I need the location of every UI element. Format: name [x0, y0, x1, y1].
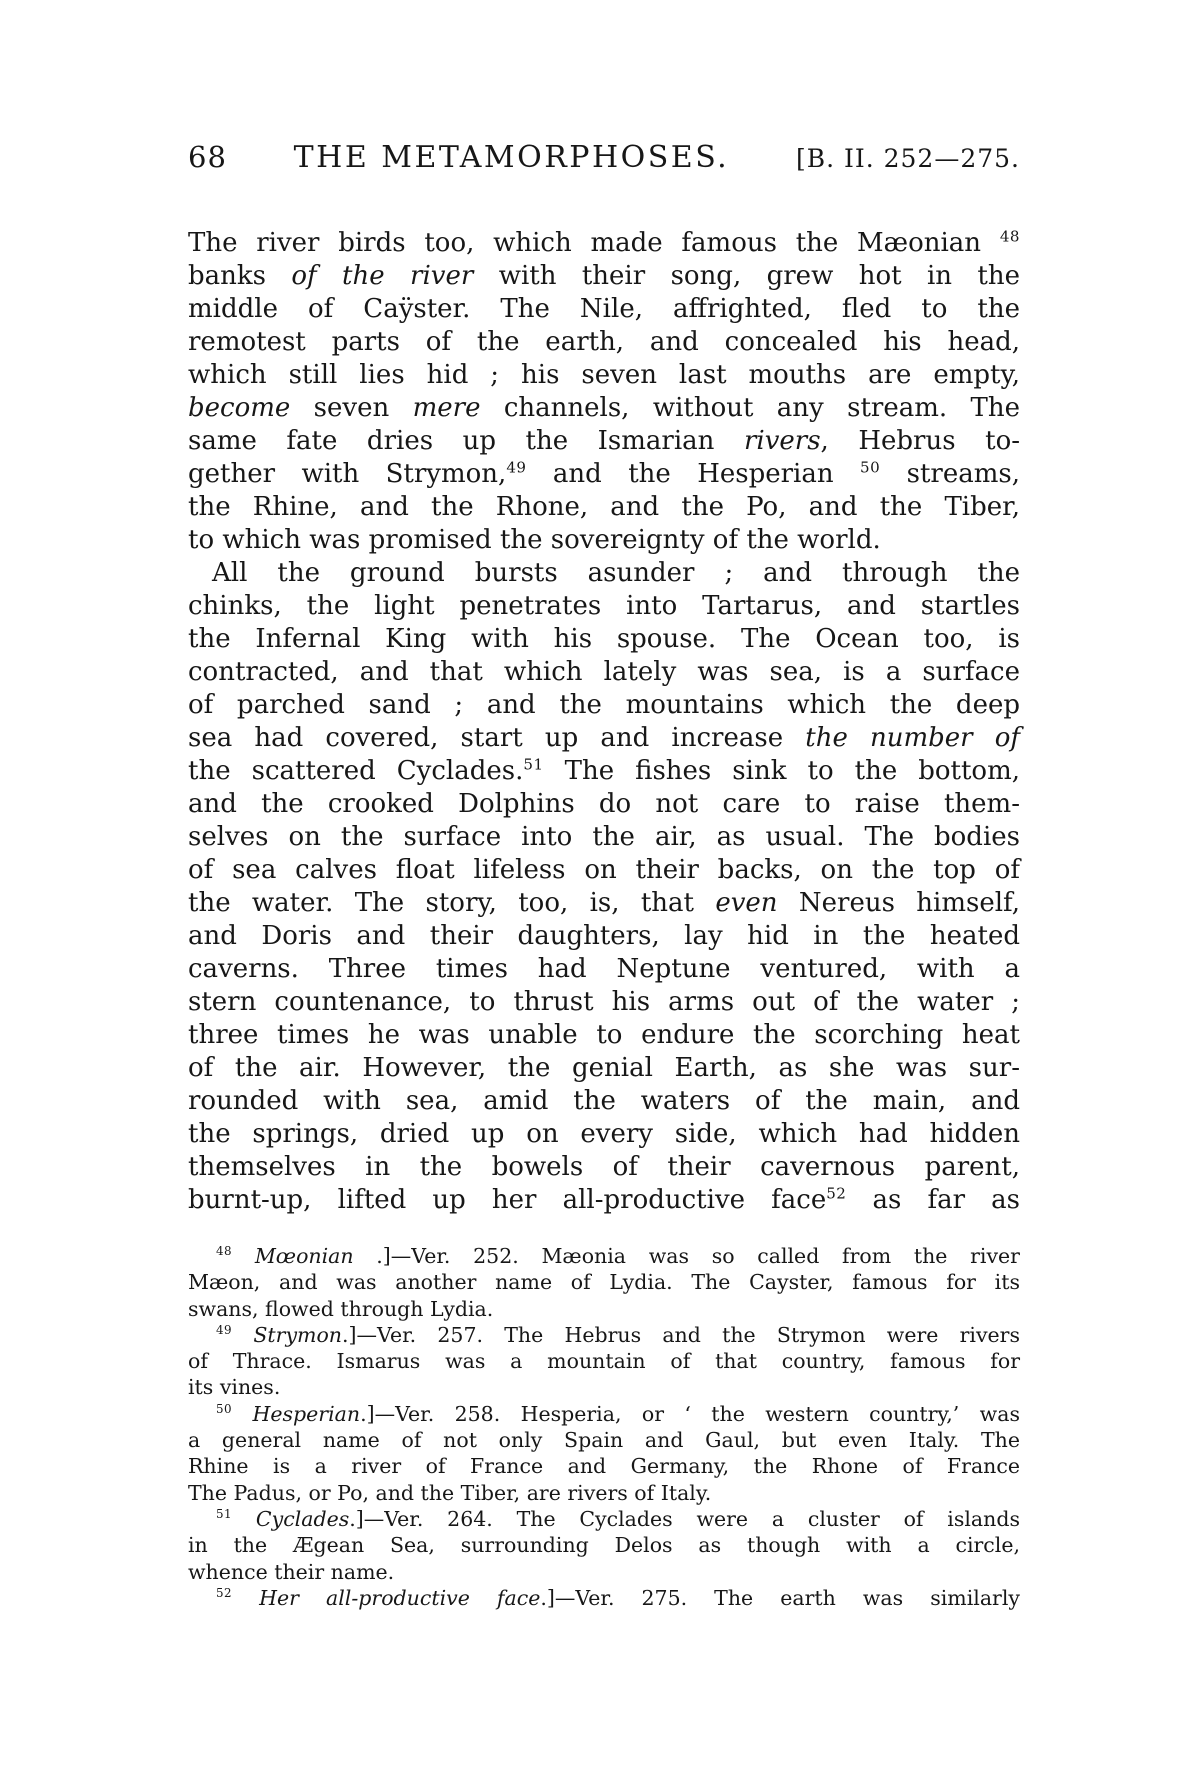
paragraph: The river birds too, which made famous t…	[188, 227, 1020, 557]
body-line: become seven mere channels, without any …	[188, 392, 1020, 425]
verse-reference: [B. II. 252—275.	[796, 144, 1020, 173]
footnote-line: swans, flowed through Lydia.	[188, 1296, 1020, 1322]
body-line: contracted, and that which lately was se…	[188, 656, 1020, 689]
body-line: and the crooked Dolphins do not care to …	[188, 788, 1020, 821]
body-line: the Infernal King with his spouse. The O…	[188, 623, 1020, 656]
footnote-marker: 50	[860, 458, 880, 476]
body-line: banks of the river with their song, grew…	[188, 260, 1020, 293]
footnote: 49 Strymon.]—Ver. 257. The Hebrus and th…	[188, 1322, 1020, 1401]
footnote-line: its vines.	[188, 1374, 1020, 1400]
body-line: chinks, the light penetrates into Tartar…	[188, 590, 1020, 623]
footnote: 52 Her all-productive face.]—Ver. 275. T…	[188, 1585, 1020, 1611]
footnote-line: Mæon, and was another name of Lydia. The…	[188, 1269, 1020, 1295]
body-line: selves on the surface into the air, as u…	[188, 821, 1020, 854]
footnote: 51 Cyclades.]—Ver. 264. The Cyclades wer…	[188, 1506, 1020, 1585]
page-title: THE METAMORPHOSES.	[294, 140, 730, 175]
body-line: the water. The story, too, is, that even…	[188, 887, 1020, 920]
paragraph: All the ground bursts asunder ; and thro…	[188, 557, 1020, 1217]
footnote-marker: 49	[506, 458, 526, 476]
body-line: caverns. Three times had Neptune venture…	[188, 953, 1020, 986]
body-line: of sea calves float lifeless on their ba…	[188, 854, 1020, 887]
footnote: 50 Hesperian.]—Ver. 258. Hesperia, or ‘ …	[188, 1401, 1020, 1506]
body-line: of parched sand ; and the mountains whic…	[188, 689, 1020, 722]
footnote-line: whence their name.	[188, 1559, 1020, 1585]
body-line: three times he was unable to endure the …	[188, 1019, 1020, 1052]
body-line: sea had covered, start up and increase t…	[188, 722, 1020, 755]
footnote-line: a general name of not only Spain and Gau…	[188, 1427, 1020, 1453]
footnotes: 48 Mœonian .]—Ver. 252. Mæonia was so ca…	[188, 1243, 1020, 1611]
book-page: 68 THE METAMORPHOSES. [B. II. 252—275. T…	[0, 0, 1201, 1769]
body-line: same fate dries up the Ismarian rivers, …	[188, 425, 1020, 458]
body-line: middle of Caÿster. The Nile, affrighted,…	[188, 293, 1020, 326]
body-line: themselves in the bowels of their cavern…	[188, 1151, 1020, 1184]
footnote-marker: 48	[216, 1244, 232, 1258]
body-line: to which was promised the sovereignty of…	[188, 524, 1020, 557]
footnote-marker: 52	[826, 1184, 846, 1202]
footnote-line: 52 Her all-productive face.]—Ver. 275. T…	[188, 1585, 1020, 1611]
footnote-line: in the Ægean Sea, surrounding Delos as t…	[188, 1532, 1020, 1558]
body-line: the scattered Cyclades.51 The fishes sin…	[188, 755, 1020, 788]
footnote-line: of Thrace. Ismarus was a mountain of tha…	[188, 1348, 1020, 1374]
footnote-marker: 51	[216, 1507, 232, 1521]
footnote-line: 49 Strymon.]—Ver. 257. The Hebrus and th…	[188, 1322, 1020, 1348]
footnote-line: 50 Hesperian.]—Ver. 258. Hesperia, or ‘ …	[188, 1401, 1020, 1427]
body-line: of the air. However, the genial Earth, a…	[188, 1052, 1020, 1085]
footnote-marker: 48	[1000, 227, 1020, 245]
body-line: The river birds too, which made famous t…	[188, 227, 1020, 260]
body-text: The river birds too, which made famous t…	[188, 227, 1020, 1217]
body-line: remotest parts of the earth, and conceal…	[188, 326, 1020, 359]
footnote-marker: 49	[216, 1323, 232, 1337]
footnote-line: The Padus, or Po, and the Tiber, are riv…	[188, 1480, 1020, 1506]
footnote-line: 48 Mœonian .]—Ver. 252. Mæonia was so ca…	[188, 1243, 1020, 1269]
body-line: the springs, dried up on every side, whi…	[188, 1118, 1020, 1151]
body-line: the Rhine, and the Rhone, and the Po, an…	[188, 491, 1020, 524]
page-number: 68	[188, 140, 227, 174]
body-line: burnt-up, lifted up her all-productive f…	[188, 1184, 1020, 1217]
body-line: which still lies hid ; his seven last mo…	[188, 359, 1020, 392]
body-line: rounded with sea, amid the waters of the…	[188, 1085, 1020, 1118]
body-line: gether with Strymon,49 and the Hesperian…	[188, 458, 1020, 491]
footnote-marker: 51	[523, 755, 543, 773]
body-line: All the ground bursts asunder ; and thro…	[188, 557, 1020, 590]
page-content: 68 THE METAMORPHOSES. [B. II. 252—275. T…	[188, 140, 1020, 1611]
footnote-marker: 50	[216, 1402, 232, 1416]
footnote-marker: 52	[216, 1586, 232, 1600]
body-line: and Doris and their daughters, lay hid i…	[188, 920, 1020, 953]
footnote-line: 51 Cyclades.]—Ver. 264. The Cyclades wer…	[188, 1506, 1020, 1532]
footnote-line: Rhine is a river of France and Germany, …	[188, 1453, 1020, 1479]
body-line: stern countenance, to thrust his arms ou…	[188, 986, 1020, 1019]
page-header: 68 THE METAMORPHOSES. [B. II. 252—275.	[188, 140, 1020, 175]
footnote: 48 Mœonian .]—Ver. 252. Mæonia was so ca…	[188, 1243, 1020, 1322]
